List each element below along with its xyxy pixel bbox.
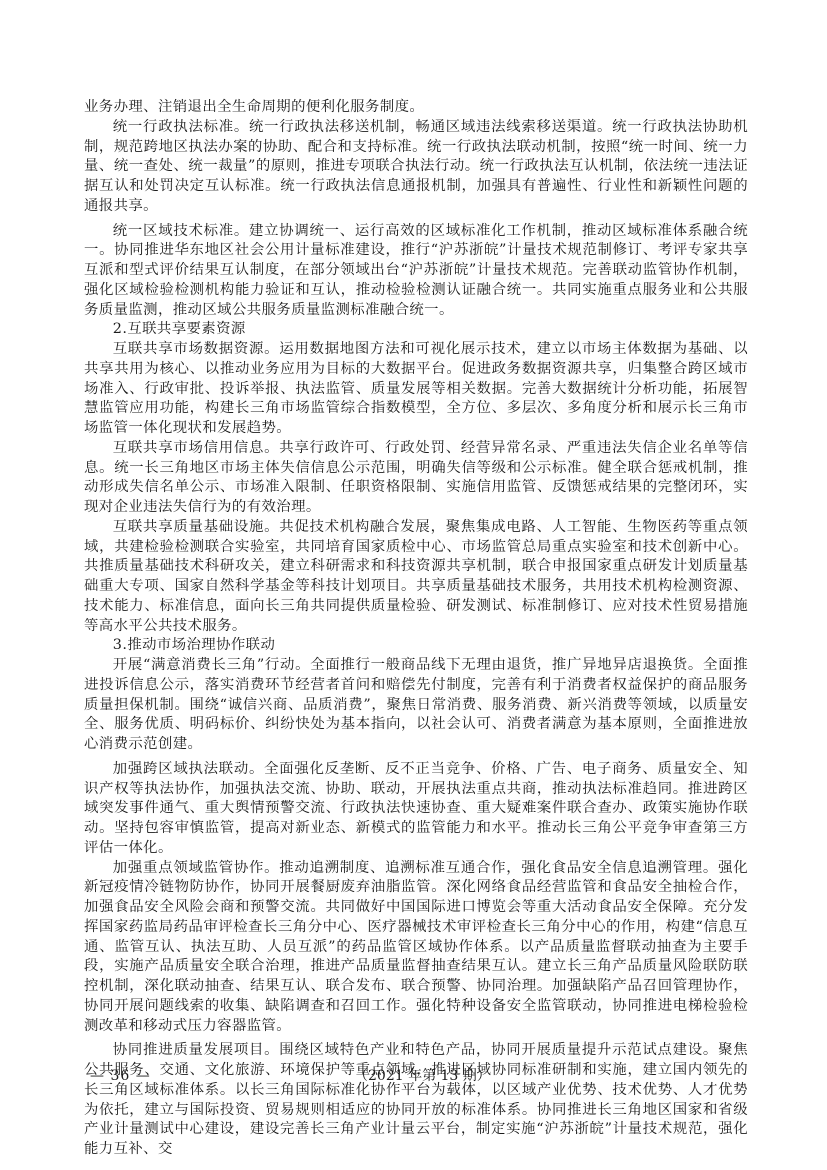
paragraph-unify-technical-standards: 统一区域技术标准。建立协调统一、运行高效的区域标准化工作机制，推动区域标准体系融… — [84, 222, 748, 321]
paragraph-continuation: 业务办理、注销退出全生命周期的便利化服务制度。 — [84, 98, 748, 118]
paragraph-quality-infrastructure: 互联共享质量基础设施。共促技术机构融合发展，聚焦集成电路、人工智能、生物医药等重… — [84, 518, 748, 637]
paragraph-quality-development: 协同推进质量发展项目。围绕区域特色产业和特色产品，协同开展质量提升示范试点建设。… — [84, 1041, 748, 1160]
paragraph-satisfied-consumption: 开展“满意消费长三角”行动。全面推行一般商品线下无理由退货，推广异地异店退换货。… — [84, 656, 748, 755]
issue-label: （2021 年第 13 期） — [354, 1066, 491, 1086]
document-body: 业务办理、注销退出全生命周期的便利化服务制度。 统一行政执法标准。统一行政执法移… — [84, 98, 748, 1160]
section-heading-2: 2.互联共享要素资源 — [84, 320, 748, 340]
paragraph-credit-information: 互联共享市场信用信息。共享行政许可、行政处罚、经营异常名录、严重违法失信企业名单… — [84, 439, 748, 518]
paragraph-key-field-supervision: 加强重点领域监管协作。推动追溯制度、追溯标准互通合作，强化食品安全信息追溯管理。… — [84, 859, 748, 1037]
page-footer: — 36 — （2021 年第 13 期） — [84, 1066, 748, 1086]
paragraph-unify-enforcement-standards: 统一行政执法标准。统一行政执法移送机制，畅通区域违法线索移送渠道。统一行政执法协… — [84, 118, 748, 217]
page-number: — 36 — — [90, 1066, 151, 1086]
paragraph-cross-region-enforcement: 加强跨区域执法联动。全面强化反垄断、反不正当竞争、价格、广告、电子商务、质量安全… — [84, 760, 748, 859]
paragraph-data-resources: 互联共享市场数据资源。运用数据地图方法和可视化展示技术，建立以市场主体数据为基础… — [84, 340, 748, 439]
section-heading-3: 3.推动市场治理协作联动 — [84, 636, 748, 656]
